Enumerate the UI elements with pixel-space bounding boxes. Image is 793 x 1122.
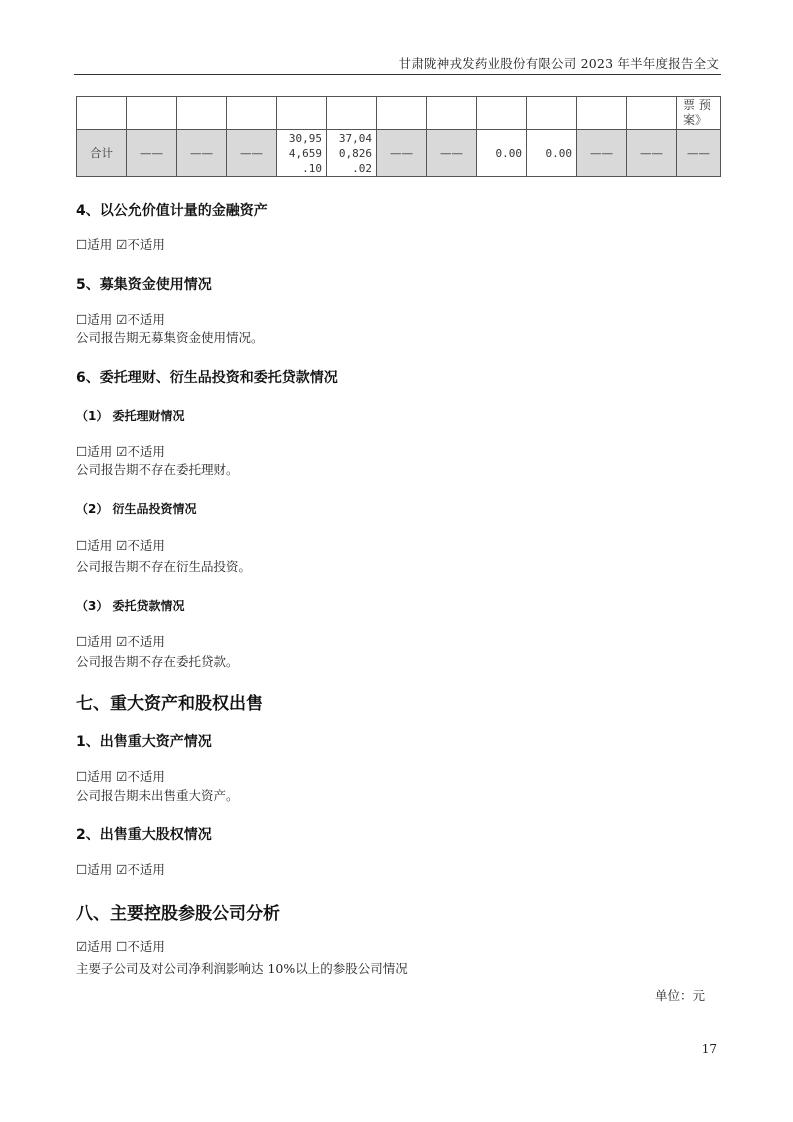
table-cell: —— xyxy=(577,130,627,177)
section-heading: 4、以公允价值计量的金融资产 xyxy=(76,200,268,220)
table-cell: —— xyxy=(377,130,427,177)
section-note: 主要子公司及对公司净利润影响达 10%以上的参股公司情况 xyxy=(76,959,408,978)
table-cell: —— xyxy=(627,130,677,177)
section-heading: 2、出售重大股权情况 xyxy=(76,824,212,844)
table-cell xyxy=(527,97,577,130)
applicability-checkbox: ☐适用 ☑不适用 xyxy=(76,536,165,555)
table-cell xyxy=(627,97,677,130)
applicability-checkbox: ☑适用 ☐不适用 xyxy=(76,937,165,956)
applicability-checkbox: ☐适用 ☑不适用 xyxy=(76,235,165,254)
table-cell-amount: 0.00 xyxy=(527,130,577,177)
table-cell: —— xyxy=(177,130,227,177)
section-heading: 5、募集资金使用情况 xyxy=(76,274,212,294)
total-label: 合计 xyxy=(77,130,127,177)
section-note: 公司报告期未出售重大资产。 xyxy=(76,786,239,805)
table-cell xyxy=(277,97,327,130)
section-heading: 1、出售重大资产情况 xyxy=(76,731,212,751)
applicability-checkbox: ☐适用 ☑不适用 xyxy=(76,632,165,651)
section-heading: 6、委托理财、衍生品投资和委托贷款情况 xyxy=(76,367,338,387)
section-note: 公司报告期不存在委托贷款。 xyxy=(76,652,239,671)
table-cell xyxy=(127,97,177,130)
investment-table: 票 预 案》 合计 —— —— —— 30,95 4,659 .10 37,04… xyxy=(76,96,721,177)
page-number: 17 xyxy=(702,1042,717,1056)
table-header-row: 票 预 案》 xyxy=(77,97,721,130)
table-cell xyxy=(377,97,427,130)
applicability-checkbox: ☐适用 ☑不适用 xyxy=(76,442,165,461)
document-header-title: 甘肃陇神戎发药业股份有限公司 2023 年半年度报告全文 xyxy=(399,54,719,72)
section-note: 公司报告期无募集资金使用情况。 xyxy=(76,328,264,347)
table-cell: —— xyxy=(677,130,721,177)
table-cell xyxy=(477,97,527,130)
table-cell-amount: 30,95 4,659 .10 xyxy=(277,130,327,177)
table-cell-amount: 0.00 xyxy=(477,130,527,177)
section-note: 公司报告期不存在委托理财。 xyxy=(76,460,239,479)
subsection-heading: （2） 衍生品投资情况 xyxy=(76,500,197,517)
unit-label: 单位：元 xyxy=(655,986,705,1004)
header-divider xyxy=(74,74,721,75)
subsection-heading: （3） 委托贷款情况 xyxy=(76,597,185,614)
table-cell xyxy=(327,97,377,130)
applicability-checkbox: ☐适用 ☑不适用 xyxy=(76,767,165,786)
table-cell xyxy=(227,97,277,130)
table-cell-amount: 37,04 0,826 .02 xyxy=(327,130,377,177)
subsection-heading: （1） 委托理财情况 xyxy=(76,407,185,424)
table-cell: —— xyxy=(227,130,277,177)
table-cell: —— xyxy=(427,130,477,177)
table-cell xyxy=(427,97,477,130)
table-cell xyxy=(577,97,627,130)
table-total-row: 合计 —— —— —— 30,95 4,659 .10 37,04 0,826 … xyxy=(77,130,721,177)
table-cell: —— xyxy=(127,130,177,177)
applicability-checkbox: ☐适用 ☑不适用 xyxy=(76,860,165,879)
table-cell xyxy=(177,97,227,130)
table-cell: 票 预 案》 xyxy=(677,97,721,130)
chapter-heading: 七、重大资产和股权出售 xyxy=(76,689,263,714)
table-cell xyxy=(77,97,127,130)
chapter-heading: 八、主要控股参股公司分析 xyxy=(76,899,280,924)
section-note: 公司报告期不存在衍生品投资。 xyxy=(76,557,251,576)
applicability-checkbox: ☐适用 ☑不适用 xyxy=(76,310,165,329)
